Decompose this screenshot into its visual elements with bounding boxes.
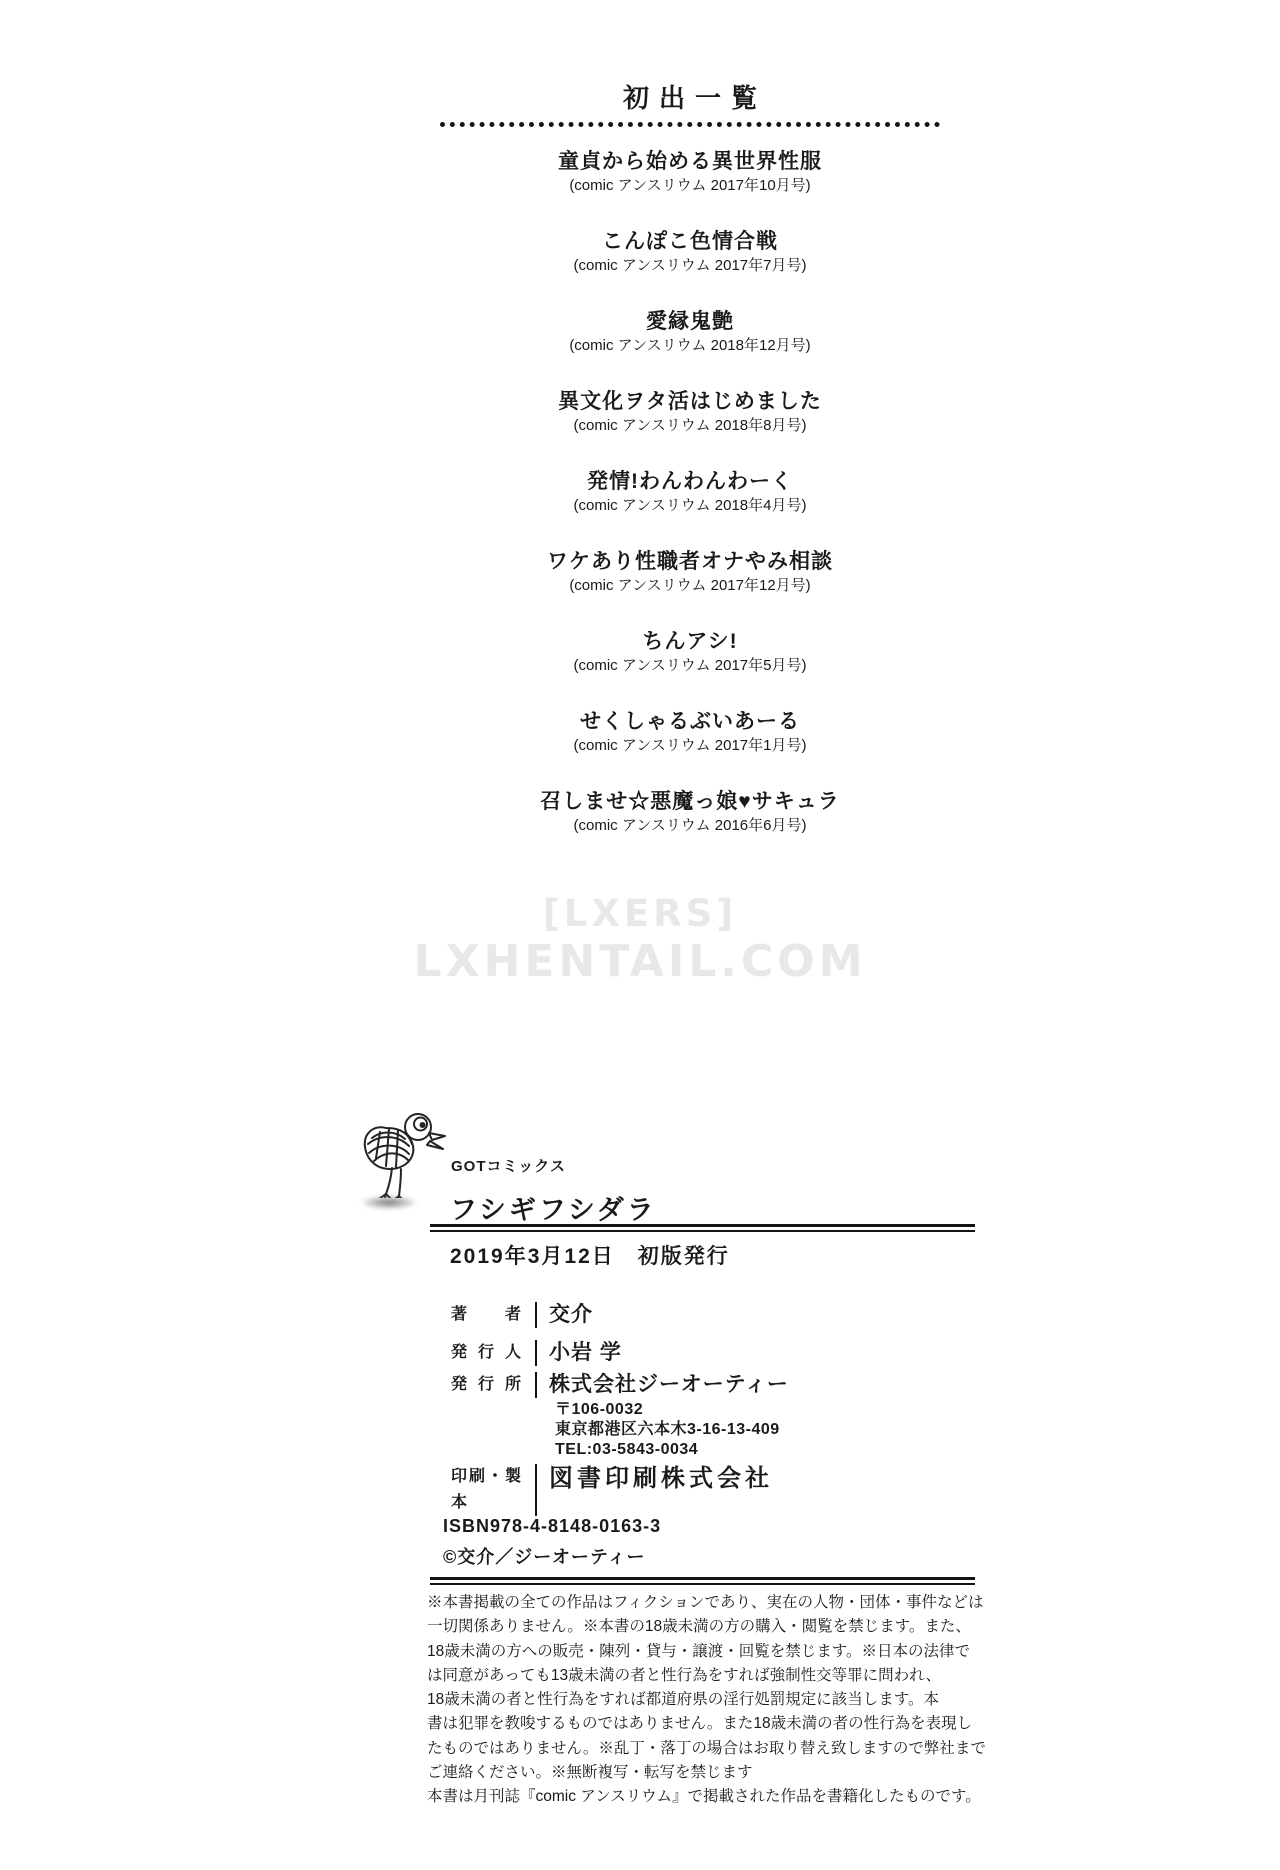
publication-entry: 発情!わんわんわーく (comic アンスリウム 2018年4月号) bbox=[440, 470, 940, 550]
dotted-divider bbox=[440, 122, 940, 127]
disclaimer-line: ご連絡ください。※無断複写・転写を禁じます bbox=[427, 1761, 957, 1785]
credit-label: 発行人 bbox=[451, 1340, 521, 1366]
disclaimer-divider bbox=[430, 1577, 975, 1585]
publication-source: (comic アンスリウム 2017年5月号) bbox=[440, 656, 940, 676]
credit-divider bbox=[535, 1372, 537, 1398]
copyright-line: ©交介／ジーオーティー bbox=[443, 1543, 645, 1569]
disclaimer-line: ※本書掲載の全ての作品はフィクションであり、実在の人物・団体・事件などは bbox=[427, 1591, 957, 1615]
disclaimer-line: 18歳未満の方への販売・陳列・貸与・譲渡・回覧を禁じます。※日本の法律で bbox=[427, 1640, 957, 1664]
disclaimer-line: 一切関係ありません。※本書の18歳未満の方の購入・閲覧を禁じます。また、 bbox=[427, 1615, 957, 1639]
publication-source: (comic アンスリウム 2017年12月号) bbox=[440, 576, 940, 596]
publication-title: 愛縁鬼艶 bbox=[440, 310, 940, 334]
publication-title: ワケあり性職者オナやみ相談 bbox=[440, 550, 940, 574]
disclaimer-line: たものではありません。※乱丁・落丁の場合はお取り替え致しますので弊社まで bbox=[427, 1737, 957, 1761]
page-title: 初出一覧 bbox=[440, 78, 940, 115]
credit-row-author: 著者 交介 bbox=[451, 1302, 981, 1328]
publication-entry: ワケあり性職者オナやみ相談 (comic アンスリウム 2017年12月号) bbox=[440, 550, 940, 630]
publication-entry: せくしゃるぶいあーる (comic アンスリウム 2017年1月号) bbox=[440, 710, 940, 790]
disclaimer-line: 18歳未満の者と性行為をすれば都道府県の淫行処罰規定に該当します。本 bbox=[427, 1688, 957, 1712]
publication-title: 童貞から始める異世界性服 bbox=[440, 150, 940, 174]
phone-number: TEL:03-5843-0034 bbox=[555, 1440, 981, 1460]
publication-title: ちんアシ! bbox=[440, 630, 940, 654]
publication-source: (comic アンスリウム 2018年4月号) bbox=[440, 496, 940, 516]
disclaimer-line: は同意があっても13歳未満の者と性行為をすれば強制性交等罪に問われ、 bbox=[427, 1664, 957, 1688]
title-divider bbox=[430, 1224, 975, 1232]
credit-value: 小岩 学 bbox=[549, 1340, 622, 1366]
credits-table: 著者 交介 発行人 小岩 学 発行所 株式会社ジーオーティー 〒106-0032… bbox=[451, 1302, 981, 1516]
credit-divider bbox=[535, 1302, 537, 1328]
street-address: 東京都港区六本木3-16-13-409 bbox=[555, 1420, 981, 1440]
credit-label: 著者 bbox=[451, 1302, 521, 1328]
bird-shadow bbox=[362, 1196, 416, 1209]
book-title: フシギフシダラ bbox=[450, 1188, 657, 1227]
publication-entry: 愛縁鬼艶 (comic アンスリウム 2018年12月号) bbox=[440, 310, 940, 390]
credit-label: 発行所 bbox=[451, 1372, 521, 1398]
publication-title: 召しませ☆悪魔っ娘♥サキュラ bbox=[440, 790, 940, 814]
publication-source: (comic アンスリウム 2016年6月号) bbox=[440, 816, 940, 836]
disclaimer-line: 書は犯罪を教唆するものではありません。また18歳未満の者の性行為を表現し bbox=[427, 1712, 957, 1736]
colophon-page: 初出一覧 童貞から始める異世界性服 (comic アンスリウム 2017年10月… bbox=[0, 0, 1280, 1870]
credit-value: 図書印刷株式会社 bbox=[549, 1464, 773, 1516]
publisher-address: 〒106-0032 東京都港区六本木3-16-13-409 TEL:03-584… bbox=[555, 1400, 981, 1460]
credit-label: 印刷・製本 bbox=[451, 1464, 521, 1516]
publication-source: (comic アンスリウム 2018年12月号) bbox=[440, 336, 940, 356]
isbn-number: ISBN978-4-8148-0163-3 bbox=[443, 1516, 661, 1537]
publication-title: せくしゃるぶいあーる bbox=[440, 710, 940, 734]
credit-row-publisher-person: 発行人 小岩 学 bbox=[451, 1340, 981, 1366]
publication-source: (comic アンスリウム 2017年1月号) bbox=[440, 736, 940, 756]
publication-source: (comic アンスリウム 2018年8月号) bbox=[440, 416, 940, 436]
disclaimer-block: ※本書掲載の全ての作品はフィクションであり、実在の人物・団体・事件などは 一切関… bbox=[427, 1591, 957, 1810]
publication-entry: ちんアシ! (comic アンスリウム 2017年5月号) bbox=[440, 630, 940, 710]
publication-entry: 召しませ☆悪魔っ娘♥サキュラ (comic アンスリウム 2016年6月号) bbox=[440, 790, 940, 870]
disclaimer-line: 本書は月刊誌『comic アンスリウム』で掲載された作品を書籍化したものです。 bbox=[427, 1785, 957, 1809]
postal-code: 〒106-0032 bbox=[555, 1400, 981, 1420]
bird-doodle-icon bbox=[356, 1106, 448, 1198]
credit-value: 株式会社ジーオーティー bbox=[549, 1372, 789, 1398]
imprint-label: GOTコミックス bbox=[451, 1155, 566, 1176]
publication-entry: こんぽこ色情合戦 (comic アンスリウム 2017年7月号) bbox=[440, 230, 940, 310]
watermark: [LXERS] LXHENTAIL.COM bbox=[380, 893, 900, 987]
credit-divider bbox=[535, 1340, 537, 1366]
publication-entry: 異文化ヲタ活はじめました (comic アンスリウム 2018年8月号) bbox=[440, 390, 940, 470]
publication-source: (comic アンスリウム 2017年10月号) bbox=[440, 176, 940, 196]
publication-title: 発情!わんわんわーく bbox=[440, 470, 940, 494]
publication-title: 異文化ヲタ活はじめました bbox=[440, 390, 940, 414]
credit-row-publishing-house: 発行所 株式会社ジーオーティー bbox=[451, 1372, 981, 1398]
watermark-tag: [LXERS] bbox=[380, 893, 900, 935]
publication-entry: 童貞から始める異世界性服 (comic アンスリウム 2017年10月号) bbox=[440, 150, 940, 230]
edition-date: 2019年3月12日 初版発行 bbox=[450, 1240, 730, 1270]
first-publications-list: 童貞から始める異世界性服 (comic アンスリウム 2017年10月号) こん… bbox=[440, 150, 940, 870]
publication-source: (comic アンスリウム 2017年7月号) bbox=[440, 256, 940, 276]
credit-divider bbox=[535, 1464, 537, 1516]
credit-row-printer: 印刷・製本 図書印刷株式会社 bbox=[451, 1464, 981, 1516]
publication-title: こんぽこ色情合戦 bbox=[440, 230, 940, 254]
watermark-site: LXHENTAIL.COM bbox=[380, 937, 900, 987]
credit-value: 交介 bbox=[549, 1302, 593, 1328]
